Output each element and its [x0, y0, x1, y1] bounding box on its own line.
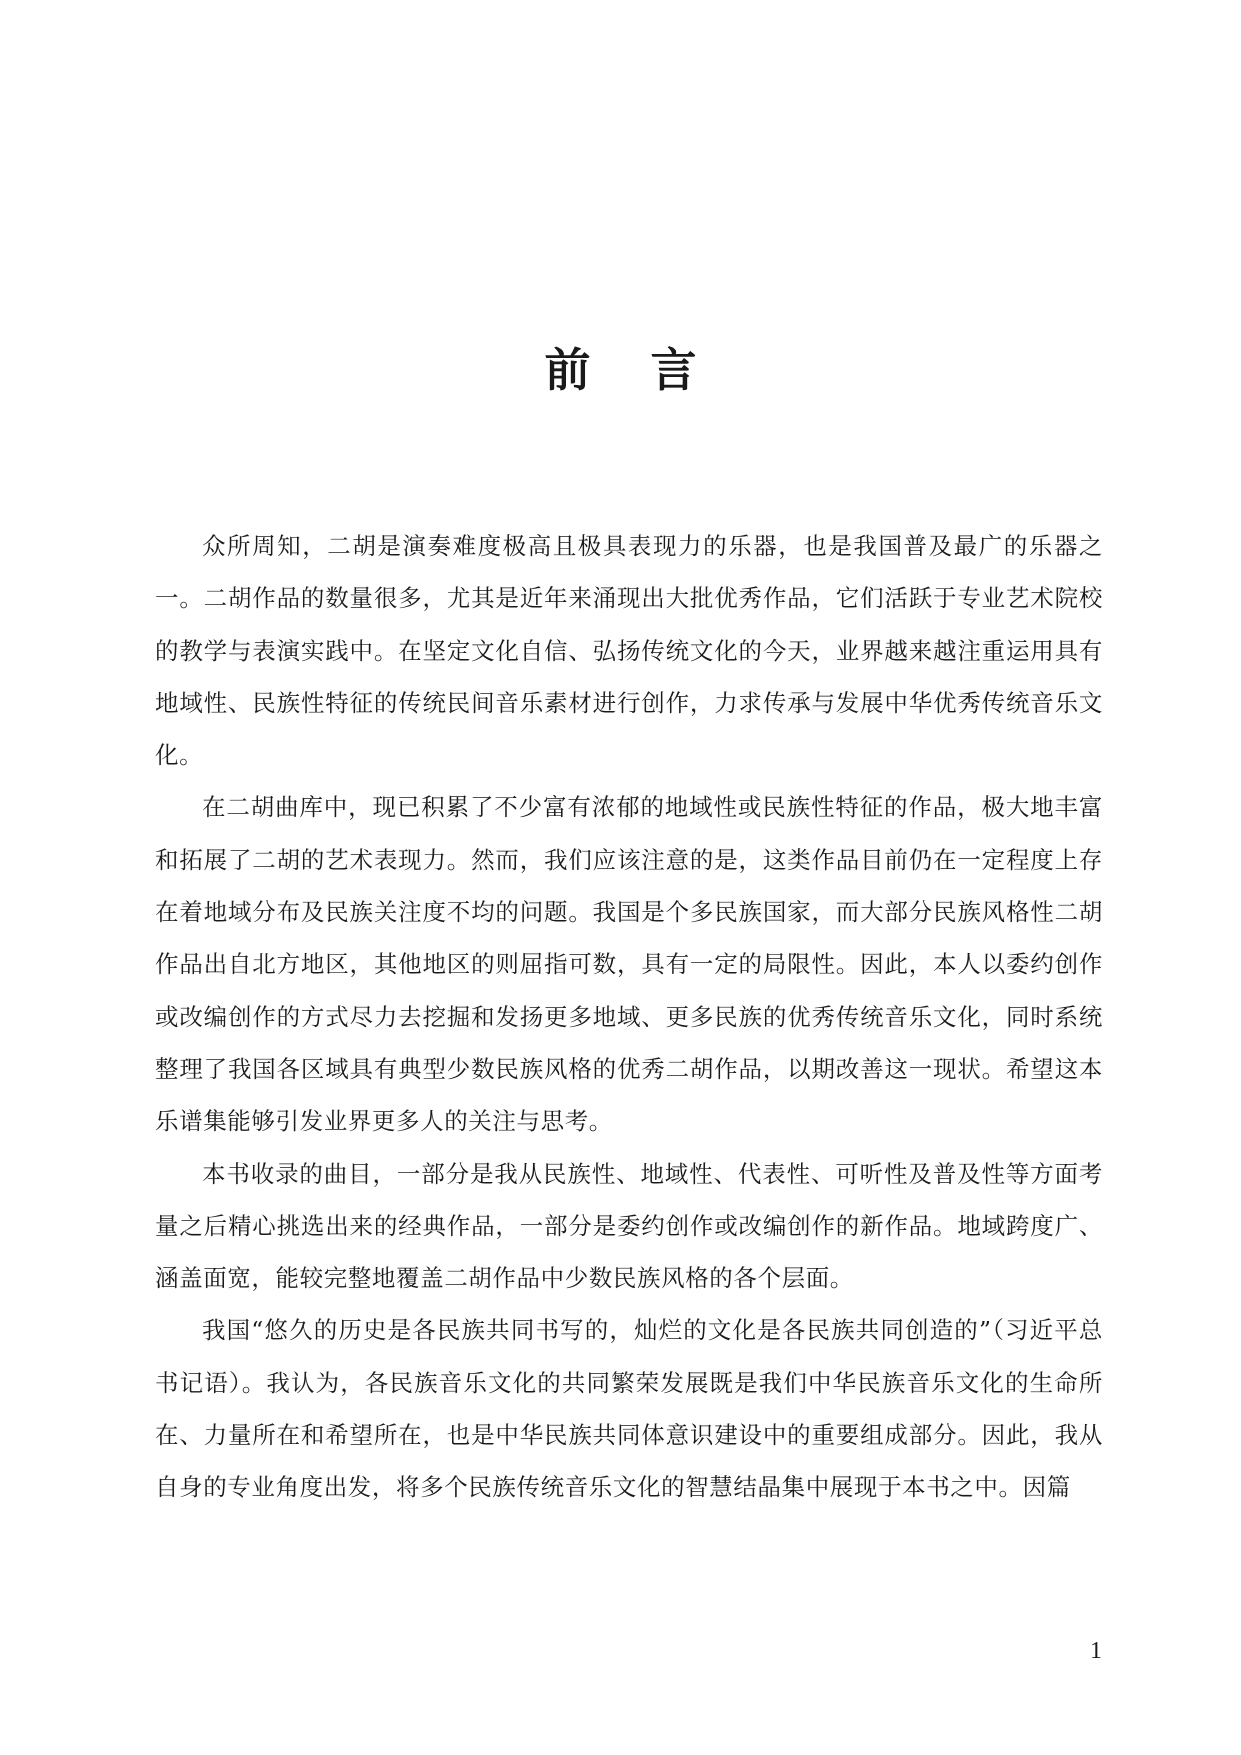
paragraph: 我国“悠久的历史是各民族共同书写的，灿烂的文化是各民族共同创造的”（习近平总书记…: [155, 1304, 1103, 1513]
paragraph: 在二胡曲库中，现已积累了不少富有浓郁的地域性或民族性特征的作品，极大地丰富和拓展…: [155, 781, 1103, 1147]
body-text: 众所周知，二胡是演奏难度极高且极具表现力的乐器，也是我国普及最广的乐器之一。二胡…: [155, 520, 1103, 1514]
page-title: 前言: [0, 340, 1241, 400]
page-number: 1: [1090, 1638, 1102, 1665]
paragraph: 众所周知，二胡是演奏难度极高且极具表现力的乐器，也是我国普及最广的乐器之一。二胡…: [155, 520, 1103, 781]
document-page: 前言 众所周知，二胡是演奏难度极高且极具表现力的乐器，也是我国普及最广的乐器之一…: [0, 0, 1241, 1755]
paragraph: 本书收录的曲目，一部分是我从民族性、地域性、代表性、可听性及普及性等方面考量之后…: [155, 1148, 1103, 1305]
